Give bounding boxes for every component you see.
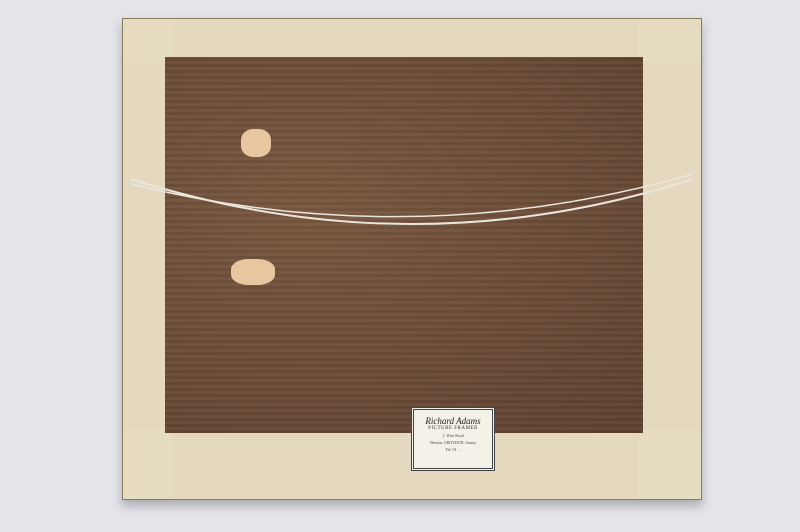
picture-frame-back: Richard Adams PICTURE FRAMER 1, Wise Roa… — [122, 18, 702, 500]
hanging-string — [123, 19, 701, 499]
